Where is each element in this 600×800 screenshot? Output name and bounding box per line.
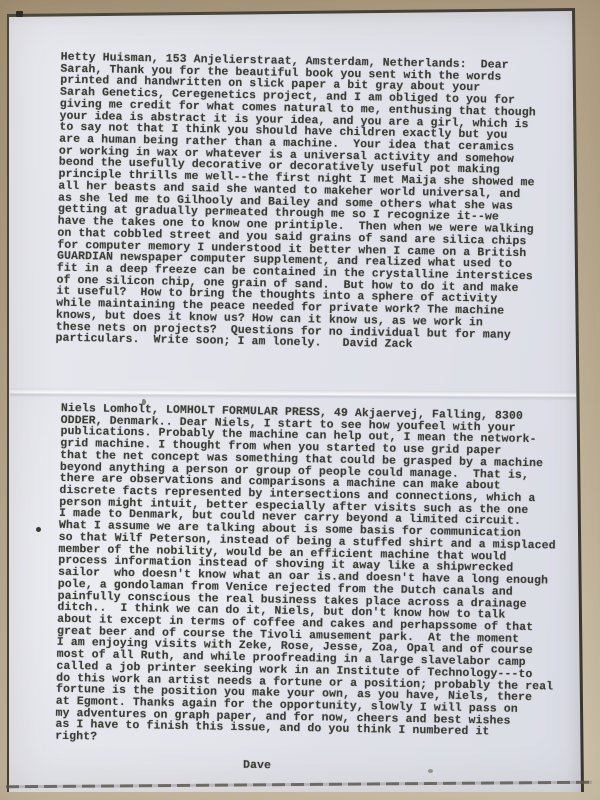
margin-ink-dot [36, 527, 41, 532]
signature-dave: Dave [243, 760, 271, 772]
letter-photo: Hetty Huisman, 153 Anjelierstraat, Amste… [0, 0, 600, 800]
letter-paragraph-hetty-huisman: Hetty Huisman, 153 Anjelierstraat, Amste… [55, 52, 536, 354]
ink-speck [428, 769, 433, 773]
corner-ink-mark [16, 11, 23, 17]
letter-paragraph-niels-lomholt: Niels Lomholt, LOMHOLT FORMULAR PRESS, 4… [55, 403, 558, 751]
